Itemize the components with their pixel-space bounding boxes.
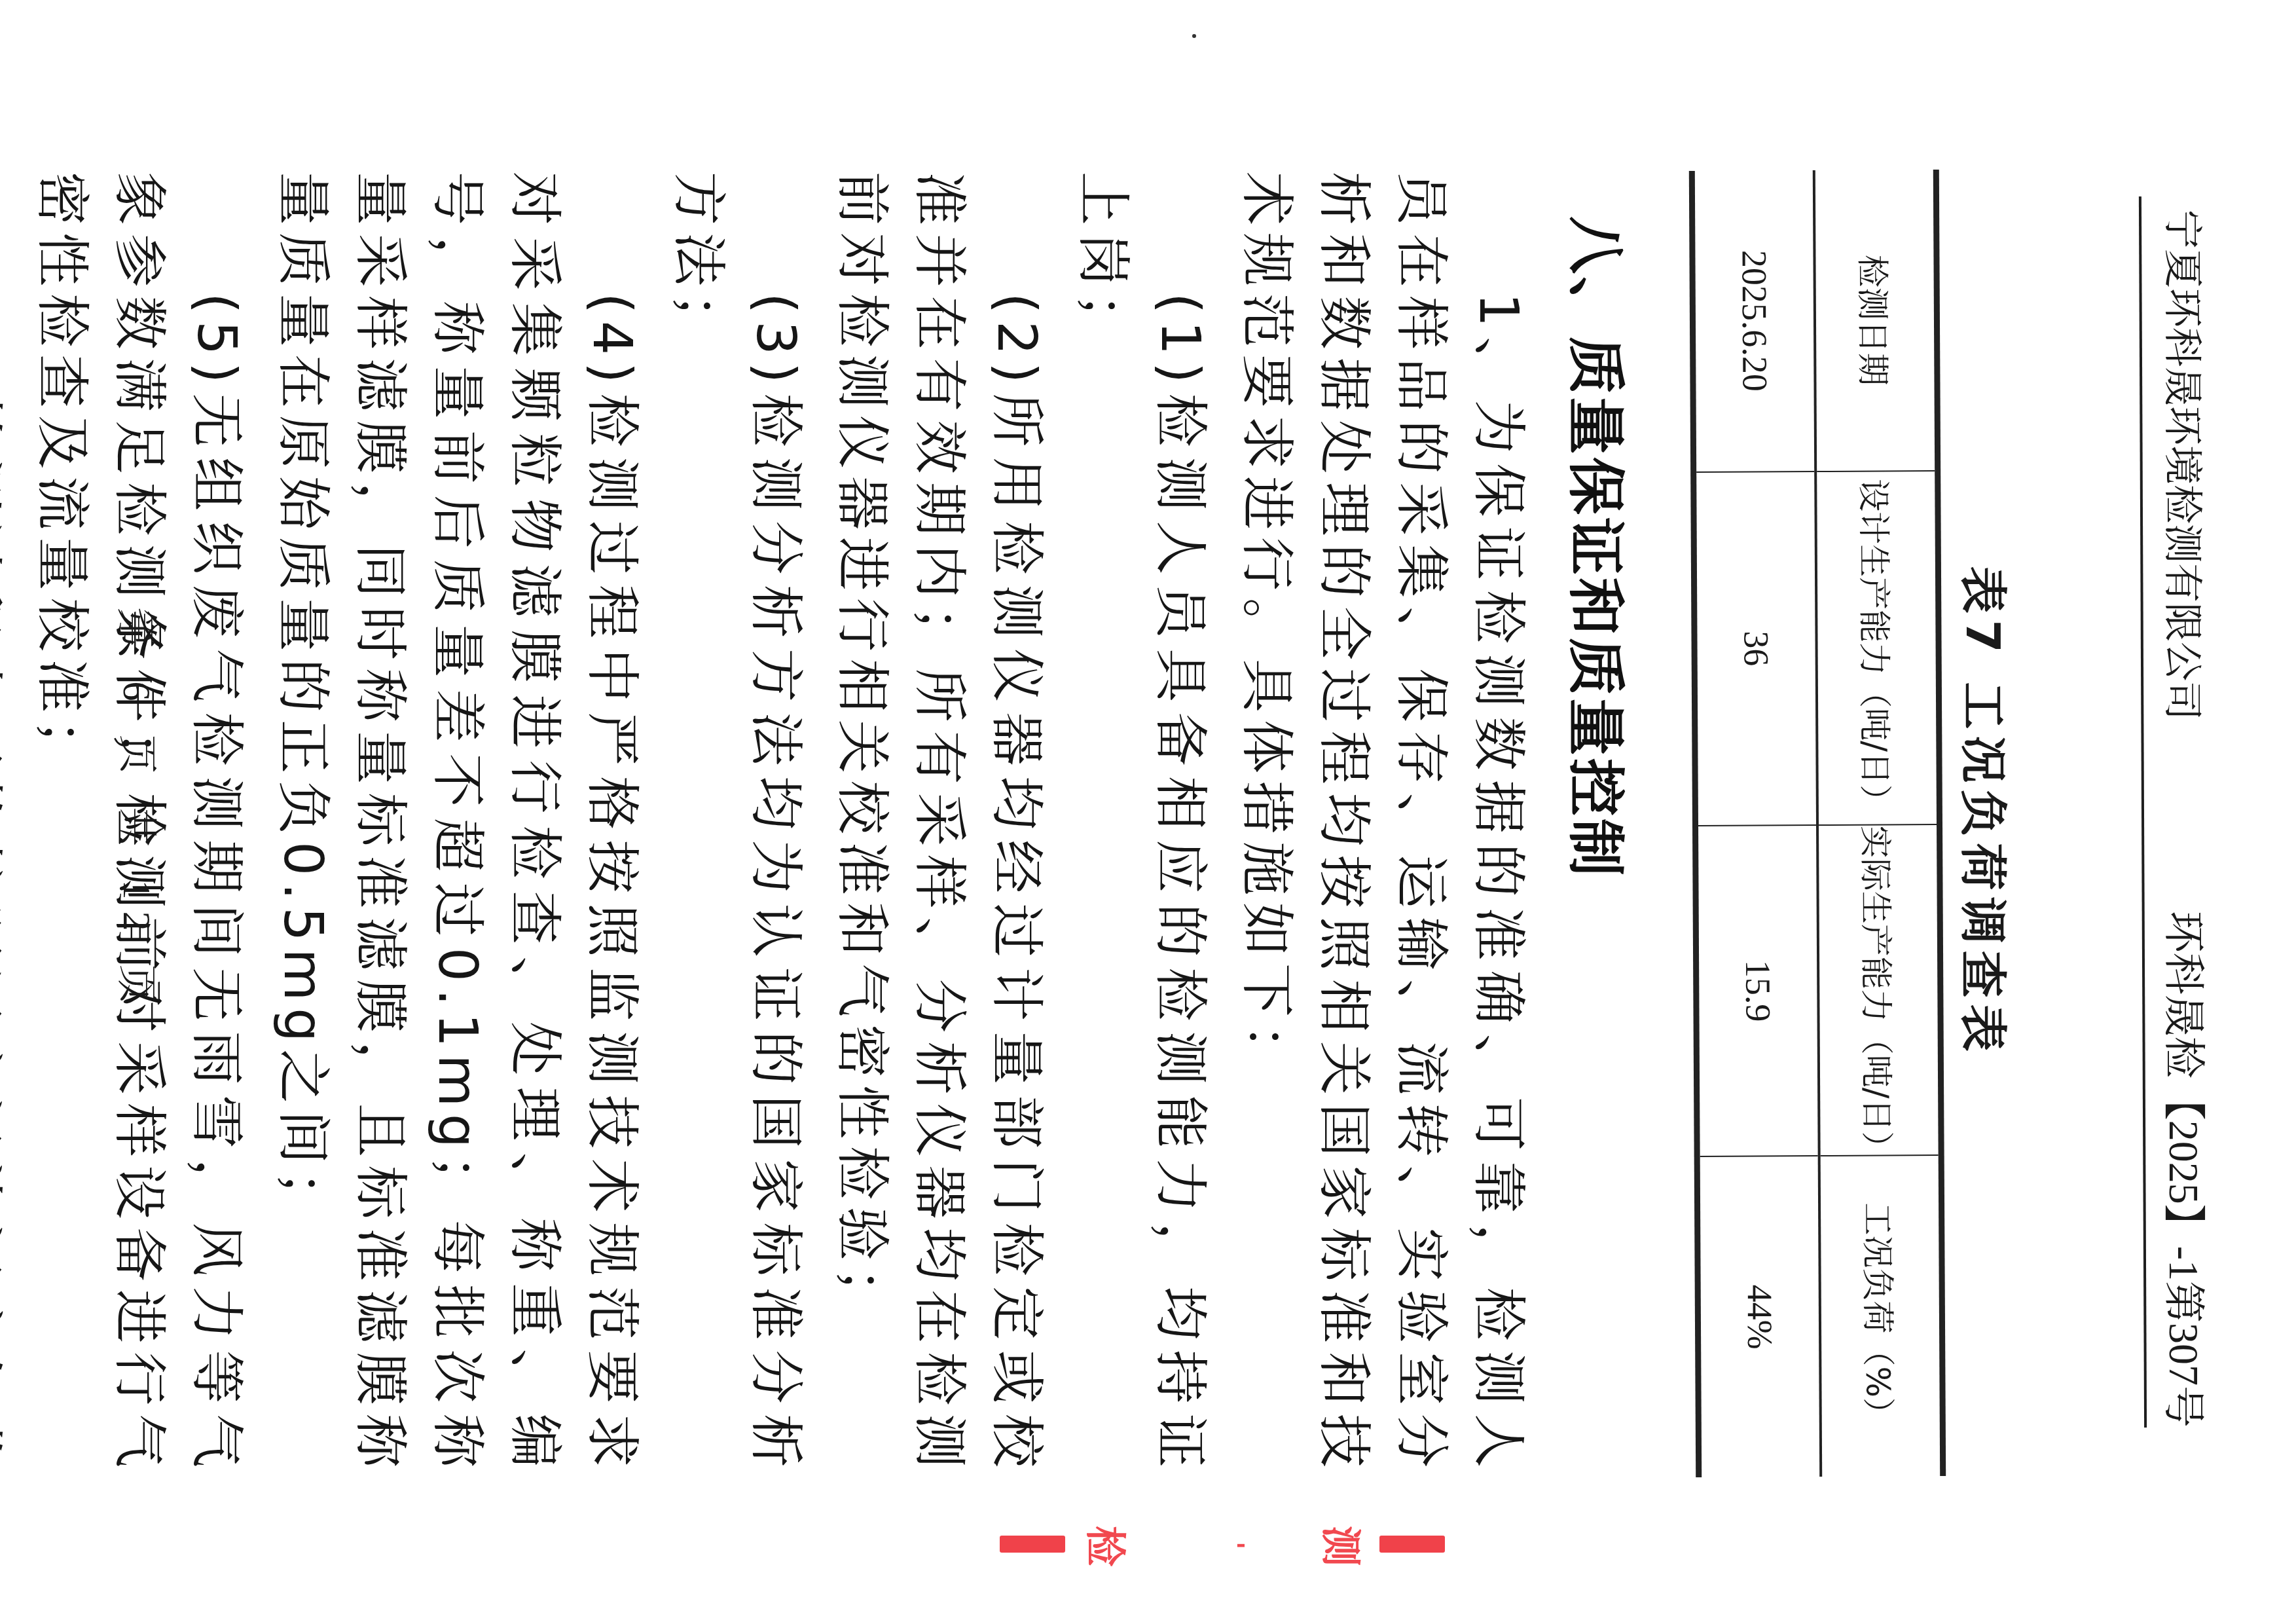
- column-header-actual-capacity: 实际生产能力（吨/日）: [1817, 824, 1941, 1156]
- table-title: 表7 工况负荷调查表: [1953, 0, 2021, 1624]
- page-header: 宁夏环科晟环境检测有限公司 环科晟检【2025】-1第307号: [2151, 210, 2211, 1428]
- table-header-row: 检测日期 设计生产能力（吨/日） 实际生产能力（吨/日） 工况负荷（%）: [1814, 170, 1943, 1477]
- cell-date: 2025.6.20: [1692, 170, 1815, 472]
- cell-load-percent: 44%: [1697, 1156, 1821, 1477]
- paragraph-intro: 1、为保证检测数据的准确、可靠，检测人员在样品的采集、保存、运输、流转、实验室分…: [1228, 172, 1537, 1475]
- column-header-design-capacity: 设计生产能力（吨/日）: [1815, 471, 1939, 825]
- table-row: 2025.6.20 36 15.9 44%: [1692, 170, 1821, 1477]
- seal-fragment: ': [1218, 1526, 1248, 1565]
- paragraph-item-1: (1)检测人员具备相应的检测能力，均持证上岗；: [1064, 172, 1218, 1475]
- header-divider: [2139, 196, 2147, 1428]
- seal-fragment: 检: [1079, 1526, 1137, 1565]
- paragraph-item-6: (6)检测过程中严格按照固定污染源废气监测技术规范要求对采集颗粒物空白采样头进行…: [0, 172, 14, 1475]
- section-body: 1、为保证检测数据的准确、可靠，检测人员在样品的采集、保存、运输、流转、实验室分…: [0, 172, 1537, 1475]
- cell-design-capacity: 36: [1694, 471, 1817, 826]
- document-page: 宁夏环科晟环境检测有限公司 环科晟检【2025】-1第307号 表7 工况负荷调…: [0, 0, 2296, 1624]
- load-survey-table: 检测日期 设计生产能力（吨/日） 实际生产能力（吨/日） 工况负荷（%） 202…: [1689, 170, 1946, 1477]
- paragraph-item-4: (4)检测过程中严格按照监测技术规范要求对采集颗粒物滤膜进行检查、处理、称重、编…: [264, 172, 650, 1475]
- company-name: 宁夏环科晟环境检测有限公司: [2157, 210, 2214, 720]
- cell-actual-capacity: 15.9: [1696, 825, 1819, 1156]
- seal-fragment-bar: [1000, 1536, 1065, 1553]
- column-header-load-percent: 工况负荷（%）: [1819, 1155, 1943, 1477]
- column-header-date: 检测日期: [1814, 170, 1938, 471]
- paragraph-item-2: (2)所用检测仪器均经过计量部门检定或校准并在有效期内；所有采样、分析仪器均在检…: [823, 172, 1055, 1475]
- page-number: 第 6 页 共 12 页: [112, 0, 168, 1624]
- paragraph-item-3: (3)检测分析方法均为认证的国家标准分析方法；: [659, 172, 814, 1475]
- seal-fragment-bar: [1379, 1536, 1445, 1553]
- section-heading: 八、质量保证和质量控制: [1559, 216, 1641, 879]
- report-number: 环科晟检【2025】-1第307号: [2157, 911, 2217, 1428]
- seal-fragment: 测: [1315, 1526, 1373, 1565]
- scan-speck: [1192, 34, 1196, 38]
